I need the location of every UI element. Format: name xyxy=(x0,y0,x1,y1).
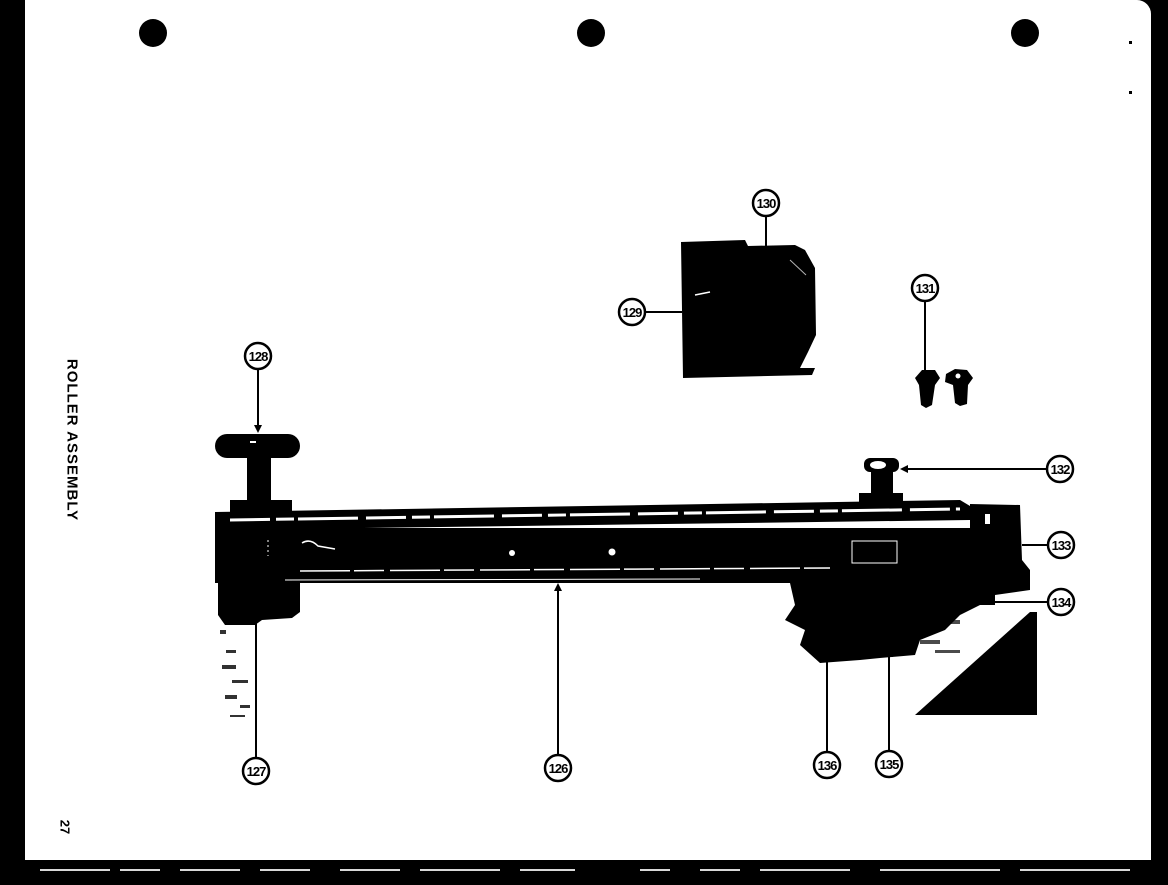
svg-text:127: 127 xyxy=(247,764,266,779)
roller-housing-part xyxy=(785,583,990,663)
callout-131: 131 xyxy=(912,275,938,301)
callout-136: 136 xyxy=(814,752,840,778)
callout-134: 134 xyxy=(1048,589,1074,615)
screws-part xyxy=(915,369,973,408)
callout-132: 132 xyxy=(1047,456,1073,482)
roller-assembly-diagram: 126 127 128 129 130 131 132 133 134 135 … xyxy=(0,0,1168,885)
svg-text:126: 126 xyxy=(549,761,568,776)
svg-text:135: 135 xyxy=(880,757,899,772)
svg-text:136: 136 xyxy=(818,758,837,773)
svg-text:128: 128 xyxy=(249,349,268,364)
svg-text:130: 130 xyxy=(757,196,776,211)
callout-135: 135 xyxy=(876,751,902,777)
svg-text:132: 132 xyxy=(1051,462,1070,477)
callout-128: 128 xyxy=(245,343,271,369)
callout-133: 133 xyxy=(1048,532,1074,558)
callout-130: 130 xyxy=(753,190,779,216)
svg-text:131: 131 xyxy=(916,281,935,296)
svg-text:134: 134 xyxy=(1052,595,1072,610)
knob-part xyxy=(215,434,300,512)
callout-129: 129 xyxy=(619,299,645,325)
roller-bar-part xyxy=(215,500,975,583)
svg-text:129: 129 xyxy=(623,305,642,320)
cap-screw-part xyxy=(859,458,903,505)
left-bracket-part xyxy=(218,583,300,717)
callout-126: 126 xyxy=(545,755,571,781)
svg-text:133: 133 xyxy=(1052,538,1071,553)
callout-127: 127 xyxy=(243,758,269,784)
housing-block-part xyxy=(681,240,816,378)
